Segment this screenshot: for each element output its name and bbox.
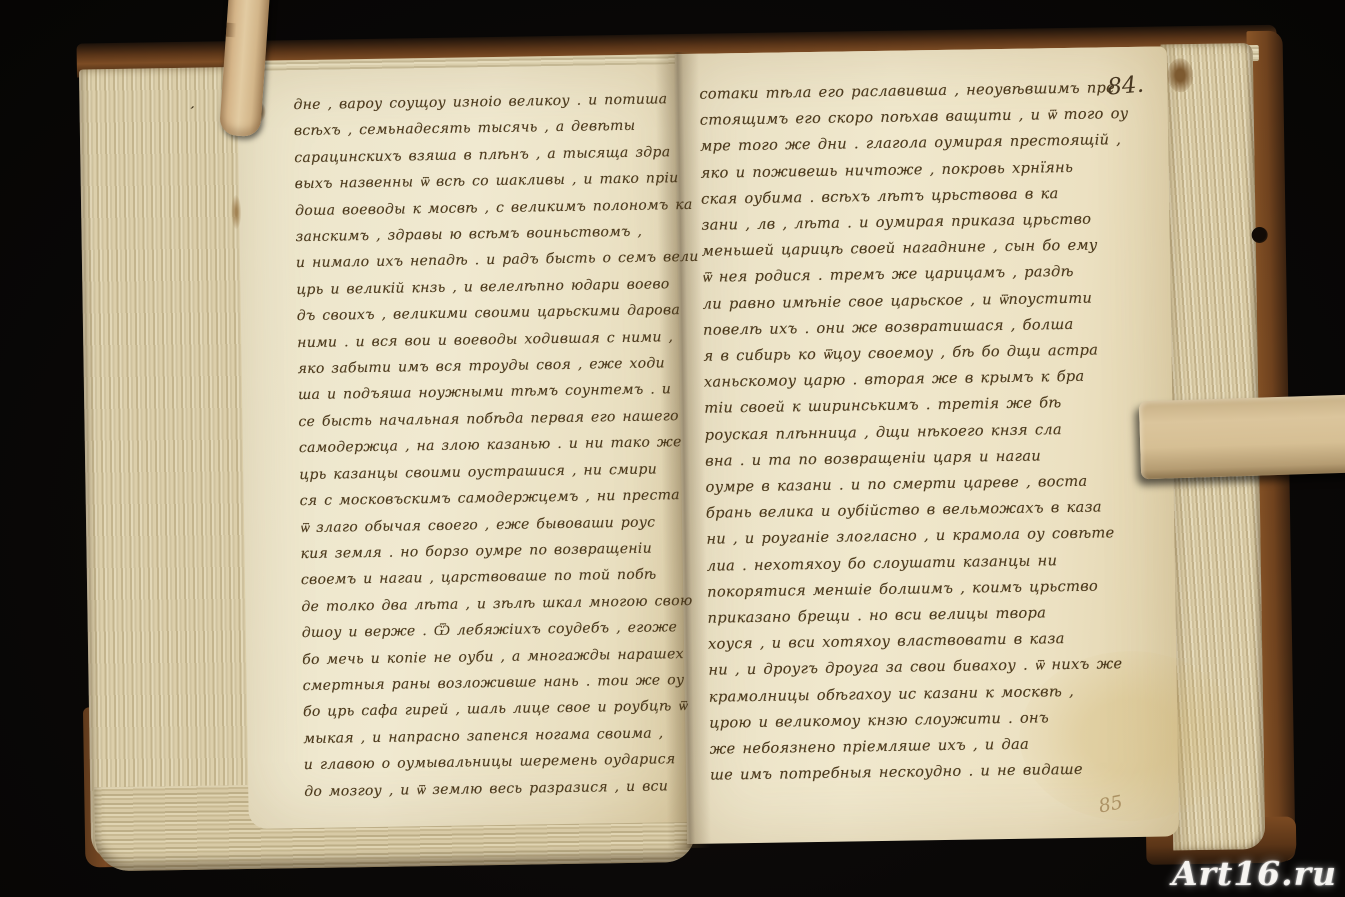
page-block-left-fore-edge bbox=[79, 67, 263, 862]
left-page-text: дне , вароу соущоу изноіо великоу . и по… bbox=[293, 86, 676, 805]
right-page-text: сотаки тѣла его раславивша , неоувѣвшимъ… bbox=[699, 75, 1138, 789]
manuscript-book: ʼ дне , вароу соущоу изноіо великоу . и … bbox=[79, 29, 1297, 876]
wooden-ruler-stick-right bbox=[1139, 395, 1345, 480]
watermark: Art16.ru bbox=[1172, 854, 1337, 893]
faint-corner-page-number: 85 bbox=[1097, 791, 1125, 817]
page-stain bbox=[1167, 58, 1194, 92]
page-number: 84. bbox=[1106, 72, 1145, 101]
photo-scene: ʼ дне , вароу соущоу изноіо великоу . и … bbox=[0, 0, 1345, 897]
